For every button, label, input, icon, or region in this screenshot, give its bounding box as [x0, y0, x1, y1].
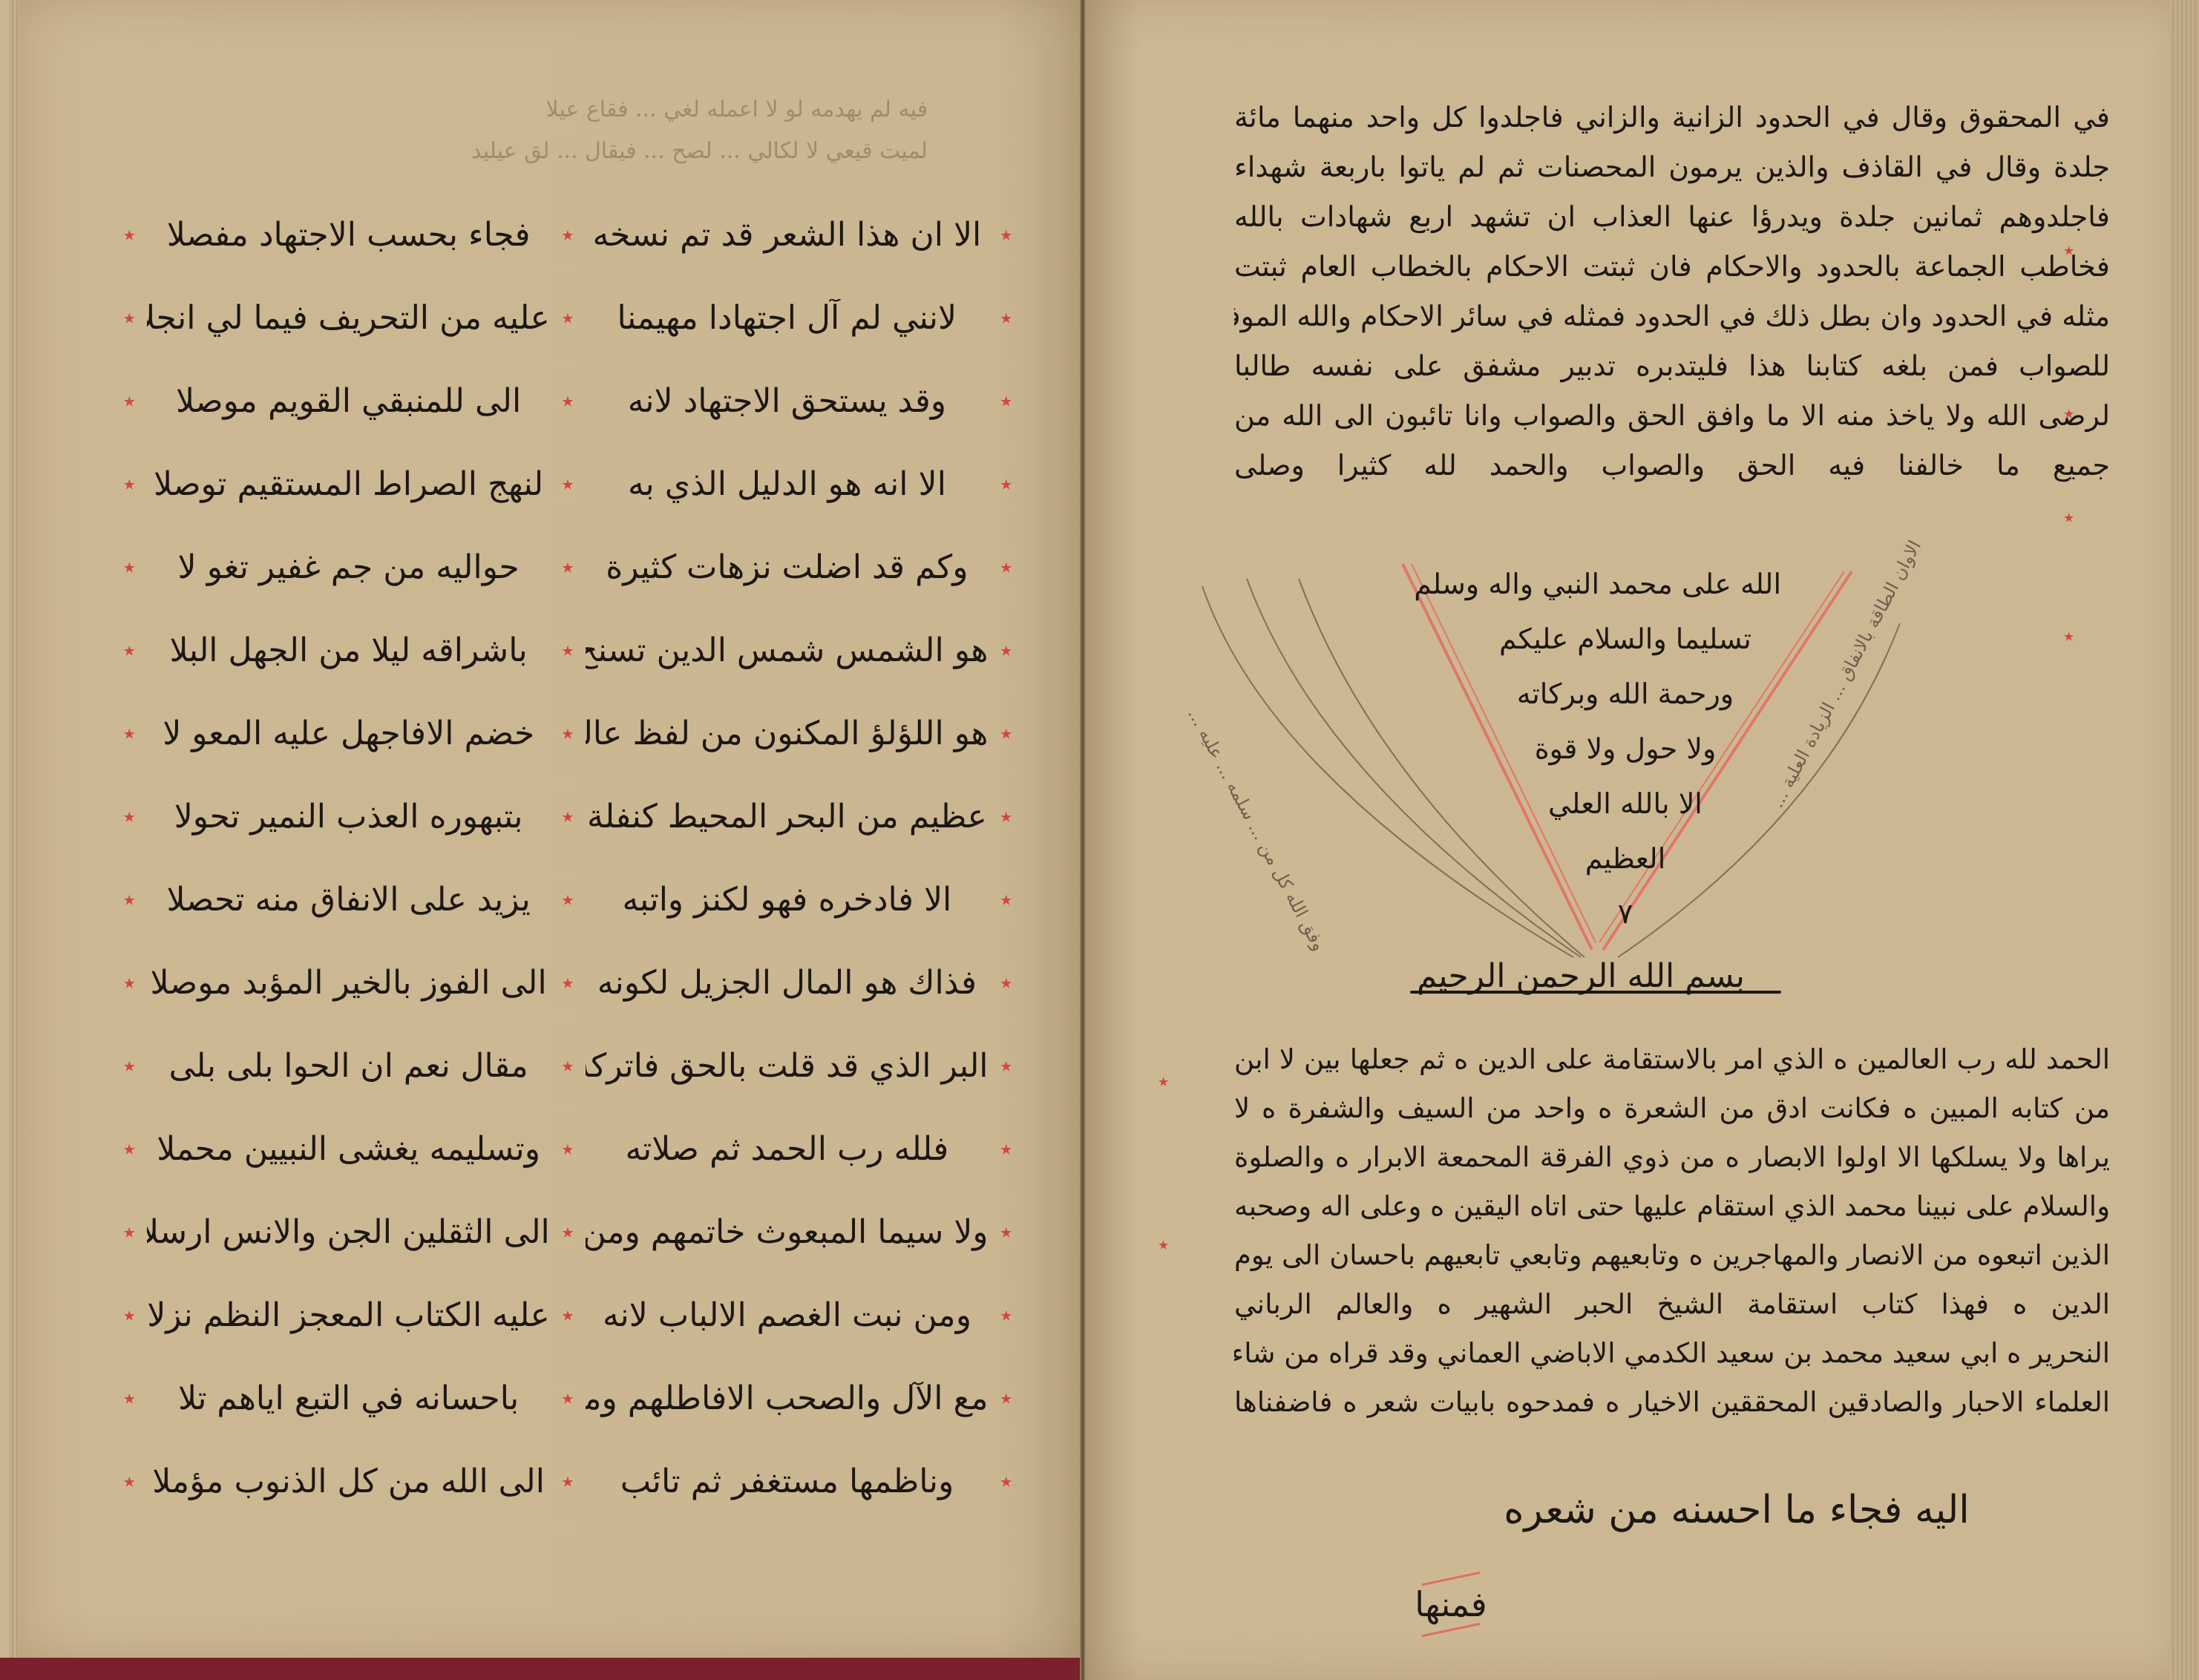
- verse: ٭ الا انه هو الدليل الذي به ٭ لنهج الصرا…: [111, 442, 1024, 525]
- verse-marker-icon: ٭: [550, 636, 586, 664]
- hemistich-left: الى للمنبقي القويم موصلا: [147, 382, 549, 420]
- colophon-line: تسليما والسلام عليكم: [1469, 611, 1781, 666]
- verse-marker-icon: ٭: [550, 1384, 586, 1412]
- hemistich-right: الا انه هو الدليل الذي به: [586, 465, 988, 503]
- verse: ٭ وناظمها مستغفر ثم تائب ٭ الى الله من ك…: [111, 1440, 1024, 1523]
- verse: ٭ هو اللؤلؤ المكنون من لفظ عالم ٭ خضم ال…: [111, 692, 1024, 775]
- colophon-line: الا بالله العلي: [1469, 776, 1781, 831]
- text-line: من كتابه المبين ه فكانت ادق من الشعرة ه …: [1234, 1084, 2110, 1133]
- text-line: جلدة وقال في القاذف والذين يرمون المحصنا…: [1234, 142, 2110, 192]
- verse-marker-icon: ٭: [111, 885, 147, 913]
- hemistich-left: الى الفوز بالخير المؤبد موصلا: [147, 964, 549, 1002]
- hemistich-left: بتبهوره العذب النمير تحولا: [147, 798, 549, 836]
- hemistich-left: خضم الافاجهل عليه المعو لا: [147, 715, 549, 752]
- red-margin-mark-icon: ٭: [1158, 1069, 1169, 1093]
- verse-marker-icon: ٭: [550, 1051, 586, 1080]
- verse-marker-icon: ٭: [550, 220, 586, 249]
- verse: ٭ فذاك هو المال الجزيل لكونه ٭ الى الفوز…: [111, 941, 1024, 1024]
- text-line: الدين ه فهذا كتاب استقامة الشيخ الحبر ال…: [1234, 1280, 2110, 1329]
- verse-marker-icon: ٭: [550, 1301, 586, 1329]
- hemistich-left: باشراقه ليلا من الجهل البلا: [147, 631, 549, 669]
- red-margin-mark-icon: ٭: [2063, 623, 2074, 648]
- verse: ٭ لانني لم آل اجتهادا مهيمنا ٭ عليه من ا…: [111, 276, 1024, 359]
- hemistich-left: عليه الكتاب المعجز النظم نزلا: [147, 1296, 549, 1334]
- colophon-line: ٧: [1469, 886, 1781, 941]
- hemistich-left: الى الله من كل الذنوب مؤملا: [147, 1463, 549, 1500]
- verse-marker-icon: ٭: [111, 1051, 147, 1080]
- verse-marker-icon: ٭: [550, 885, 586, 913]
- verse: ٭ عظيم من البحر المحيط كنفلة ٭ بتبهوره ا…: [111, 775, 1024, 858]
- colophon-line: العظيم: [1469, 831, 1781, 886]
- verse: ٭ وقد يستحق الاجتهاد لانه ٭ الى للمنبقي …: [111, 359, 1024, 442]
- hemistich-right: وكم قد اضلت نزهات كثيرة: [586, 548, 988, 586]
- text-line: فخاطب الجماعة بالحدود والاحكام فان ثبتت …: [1234, 242, 2110, 292]
- verse-marker-icon: ٭: [111, 1218, 147, 1246]
- text-line: في المحقوق وقال في الحدود الزانية والزان…: [1234, 93, 2110, 142]
- verse-marker-icon: ٭: [111, 1467, 147, 1495]
- text-line: العلماء الاحبار والصادقين المحققين الاخي…: [1234, 1378, 2110, 1427]
- red-margin-mark-icon: ٭: [2063, 401, 2074, 425]
- verse-marker-icon: ٭: [989, 553, 1024, 581]
- hemistich-left: يزيد على الانفاق منه تحصلا: [147, 881, 549, 919]
- text-line: والسلام على نبينا محمد الذي استقام عليها…: [1234, 1182, 2110, 1231]
- text-line: النحرير ه ابي سعيد محمد بن سعيد الكدمي ا…: [1234, 1329, 2110, 1378]
- verse-marker-icon: ٭: [111, 220, 147, 249]
- verse-marker-icon: ٭: [111, 1135, 147, 1163]
- verse-marker-icon: ٭: [989, 1218, 1024, 1246]
- catchword: فمنها: [1414, 1573, 1488, 1635]
- verse: ٭ مع الآل والصحب الافاطلهم ومن ٭ باحسانه…: [111, 1356, 1024, 1440]
- hemistich-right: هو الشمس شمس الدين تسنح نورها: [586, 631, 988, 669]
- text-line: للصواب فمن بلغه كتابنا هذا فليتدبره تدبي…: [1234, 341, 2110, 391]
- verse-marker-icon: ٭: [550, 553, 586, 581]
- verse-marker-icon: ٭: [111, 303, 147, 332]
- red-margin-mark-icon: ٭: [2063, 237, 2074, 262]
- verse-marker-icon: ٭: [550, 1218, 586, 1246]
- verse-marker-icon: ٭: [111, 719, 147, 747]
- hemistich-left: حواليه من جم غفير تغو لا: [147, 548, 549, 586]
- basmala-text: بسم الله الرحمن الرحيم: [1417, 957, 1745, 995]
- catchword-text: فمنها: [1415, 1584, 1487, 1624]
- red-margin-mark-icon: ٭: [1158, 1232, 1169, 1256]
- verse: ٭ فلله رب الحمد ثم صلاته ٭ وتسليمه يغشى …: [111, 1107, 1024, 1190]
- hemistich-right: هو اللؤلؤ المكنون من لفظ عالم: [586, 715, 988, 752]
- basmala: بسم الله الرحمن الرحيم: [1321, 957, 1841, 994]
- verse-marker-icon: ٭: [989, 1467, 1024, 1495]
- verse-marker-icon: ٭: [111, 470, 147, 498]
- catchword-rule: [1422, 1623, 1481, 1638]
- red-margin-mark-icon: ٭: [2063, 505, 2074, 529]
- left-page-edge: [9, 0, 19, 1658]
- verse-marker-icon: ٭: [989, 1384, 1024, 1412]
- verse-marker-icon: ٭: [550, 719, 586, 747]
- verse-marker-icon: ٭: [111, 553, 147, 581]
- faded-header-line: لميت قيعي لا لكالي ... لصح ... فيقال ...…: [141, 131, 928, 172]
- text-line: يراها ولا يسلكها الا اولوا الابصار ه من …: [1234, 1133, 2110, 1182]
- text-line: الحمد لله رب العالمين ه الذي امر بالاستق…: [1234, 1035, 2110, 1084]
- verse-marker-icon: ٭: [111, 968, 147, 997]
- colophon-text: الله على محمد النبي واله وسلم تسليما وال…: [1469, 557, 1781, 941]
- verse-marker-icon: ٭: [550, 802, 586, 830]
- verse-marker-icon: ٭: [989, 719, 1024, 747]
- verse-marker-icon: ٭: [111, 802, 147, 830]
- hemistich-right: البر الذي قد قلت بالحق فاتركه: [586, 1047, 988, 1085]
- verse: ٭ ومن نبت الغصم الالباب لانه ٭ عليه الكت…: [111, 1273, 1024, 1356]
- verse-marker-icon: ٭: [111, 636, 147, 664]
- verse-marker-icon: ٭: [989, 968, 1024, 997]
- verse-marker-icon: ٭: [989, 303, 1024, 332]
- colophon-line: ورحمة الله وبركاته: [1469, 666, 1781, 721]
- verse-marker-icon: ٭: [989, 1301, 1024, 1329]
- verse-marker-icon: ٭: [989, 885, 1024, 913]
- hemistich-left: عليه من التحريف فيما لي انجلا: [147, 299, 549, 337]
- final-line: اليه فجاء ما احسنه من شعره: [1455, 1488, 2019, 1532]
- colophon-line: ولا حول ولا قوة: [1469, 721, 1781, 776]
- hemistich-right: الا فادخره فهو لكنز واتبه: [586, 881, 988, 919]
- faded-header: فيه لم يهدمه لو لا اعمله لغي ... فقاع عي…: [141, 89, 928, 172]
- verse-marker-icon: ٭: [111, 1301, 147, 1329]
- hemistich-right: مع الآل والصحب الافاطلهم ومن: [586, 1379, 988, 1417]
- text-line: مثله في الحدود وان بطل ذلك في الحدود فمث…: [1234, 292, 2110, 341]
- hemistich-left: لنهج الصراط المستقيم توصلا: [147, 465, 549, 503]
- verse-marker-icon: ٭: [989, 470, 1024, 498]
- hemistich-left: الى الثقلين الجن والانس ارسلا: [147, 1213, 549, 1251]
- hemistich-right: وقد يستحق الاجتهاد لانه: [586, 382, 988, 420]
- faded-header-line: فيه لم يهدمه لو لا اعمله لغي ... فقاع عي…: [141, 89, 928, 131]
- hemistich-right: ومن نبت الغصم الالباب لانه: [586, 1296, 988, 1334]
- text-line: الذين اتبعوه من الانصار والمهاجرين ه وتا…: [1234, 1231, 2110, 1280]
- poem: ٭ الا ان هذا الشعر قد تم نسخه ٭ فجاء بحس…: [111, 193, 1024, 1523]
- hemistich-right: ولا سيما المبعوث خاتمهم ومن: [586, 1213, 988, 1251]
- verse-marker-icon: ٭: [550, 303, 586, 332]
- verse-marker-icon: ٭: [989, 636, 1024, 664]
- verse-marker-icon: ٭: [550, 1135, 586, 1163]
- verse: ٭ هو الشمس شمس الدين تسنح نورها ٭ باشراق…: [111, 608, 1024, 692]
- right-page-edge: [2169, 0, 2199, 1680]
- verse: ٭ الا فادخره فهو لكنز واتبه ٭ يزيد على ا…: [111, 858, 1024, 941]
- verse-marker-icon: ٭: [989, 802, 1024, 830]
- hemistich-left: باحسانه في التبع اياهم تلا: [147, 1379, 549, 1417]
- text-line: جميع ما خالفنا فيه الحق والصواب والحمد ل…: [1234, 441, 2110, 490]
- hemistich-left: مقال نعم ان الحوا بلى بلى: [147, 1047, 549, 1085]
- colophon-line: الله على محمد النبي واله وسلم: [1469, 557, 1781, 611]
- text-line: لرضى الله ولا ياخذ منه الا ما وافق الحق …: [1234, 391, 2110, 441]
- verse-marker-icon: ٭: [550, 1467, 586, 1495]
- verse-marker-icon: ٭: [550, 968, 586, 997]
- text-line: فاجلدوهم ثمانين جلدة ويدرؤا عنها العذاب …: [1234, 192, 2110, 242]
- hemistich-left: وتسليمه يغشى النبيين محملا: [147, 1130, 549, 1168]
- triangle-colophon: الله على محمد النبي واله وسلم تسليما وال…: [1158, 557, 1974, 972]
- verse: ٭ الا ان هذا الشعر قد تم نسخه ٭ فجاء بحس…: [111, 193, 1024, 276]
- book-binding: [0, 1658, 1084, 1680]
- verse: ٭ البر الذي قد قلت بالحق فاتركه ٭ مقال ن…: [111, 1024, 1024, 1107]
- verse-marker-icon: ٭: [989, 387, 1024, 415]
- hemistich-right: فلله رب الحمد ثم صلاته: [586, 1130, 988, 1168]
- verse: ٭ وكم قد اضلت نزهات كثيرة ٭ حواليه من جم…: [111, 525, 1024, 608]
- verse-marker-icon: ٭: [111, 387, 147, 415]
- verse-marker-icon: ٭: [989, 1135, 1024, 1163]
- right-page-body-text: الحمد لله رب العالمين ه الذي امر بالاستق…: [1234, 1035, 2110, 1427]
- hemistich-left: فجاء بحسب الاجتهاد مفصلا: [147, 216, 549, 254]
- hemistich-right: الا ان هذا الشعر قد تم نسخه: [586, 216, 988, 254]
- hemistich-right: وناظمها مستغفر ثم تائب: [586, 1463, 988, 1500]
- verse-marker-icon: ٭: [550, 470, 586, 498]
- right-page-top-text: في المحقوق وقال في الحدود الزانية والزان…: [1234, 93, 2110, 490]
- verse-marker-icon: ٭: [111, 1384, 147, 1412]
- hemistich-right: فذاك هو المال الجزيل لكونه: [586, 964, 988, 1002]
- verse-marker-icon: ٭: [550, 387, 586, 415]
- verse: ٭ ولا سيما المبعوث خاتمهم ومن ٭ الى الثق…: [111, 1190, 1024, 1273]
- verse-marker-icon: ٭: [989, 1051, 1024, 1080]
- hemistich-right: عظيم من البحر المحيط كنفلة: [586, 798, 988, 836]
- verse-marker-icon: ٭: [989, 220, 1024, 249]
- hemistich-right: لانني لم آل اجتهادا مهيمنا: [586, 299, 988, 337]
